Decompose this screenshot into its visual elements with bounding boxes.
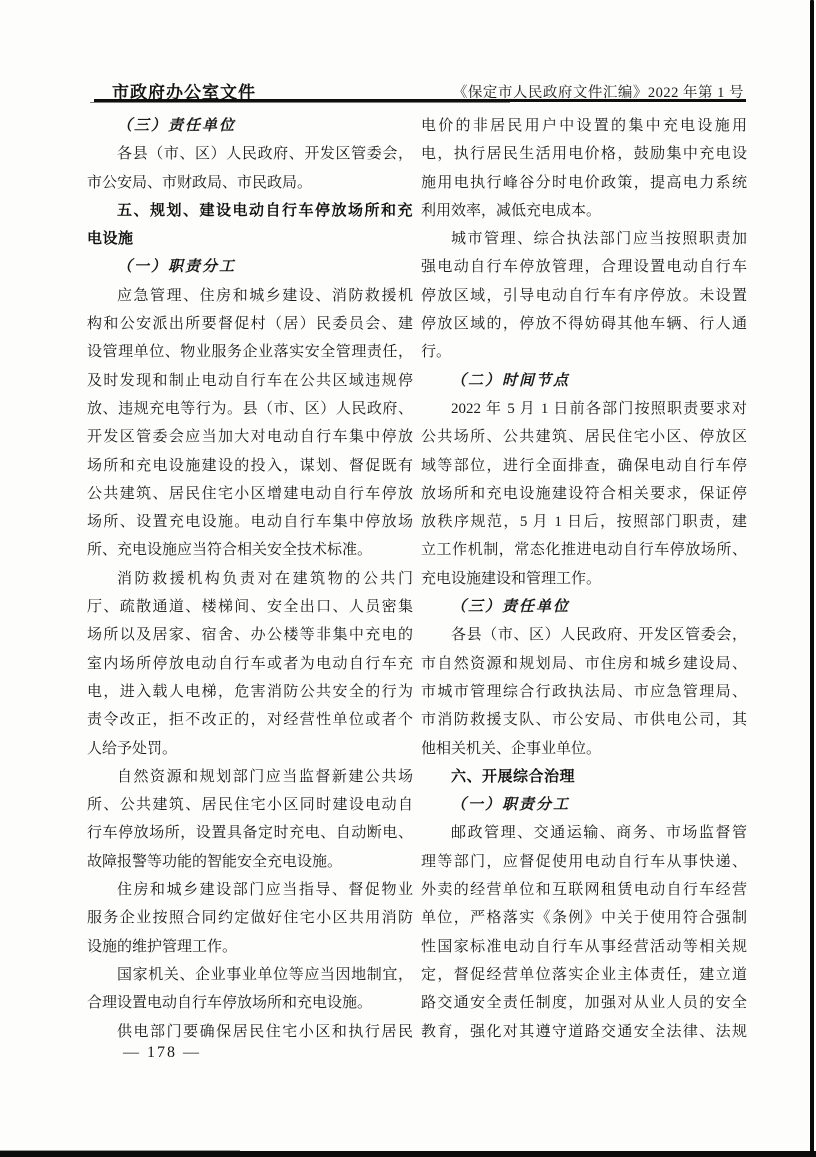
text-line: 开发区管委会应当加大对电动自行车集中停放	[87, 423, 413, 451]
text-line: 停放区域的，停放不得妨碍其他车辆、行人通	[421, 310, 747, 338]
text-line: 电，执行居民生活用电价格，鼓励集中充电设	[421, 140, 747, 168]
text-line: 行。	[421, 338, 747, 366]
text-line: 单位，严格落实《条例》中关于使用符合强制	[421, 904, 747, 932]
text-line: 国家机关、企业事业单位等应当因地制宜，	[87, 961, 413, 989]
left-column: （三）责任单位各县（市、区）人民政府、开发区管委会，市公安局、市财政局、市民政局…	[87, 112, 413, 1046]
scan-edge-bottom	[0, 1151, 816, 1157]
text-line: 市消防救援支队、市公安局、市供电公司，其	[421, 706, 747, 734]
text-line: 厅、疏散通道、楼梯间、安全出口、人员密集	[87, 593, 413, 621]
document-body: （三）责任单位各县（市、区）人民政府、开发区管委会，市公安局、市财政局、市民政局…	[87, 112, 747, 1046]
text-line: 施用电执行峰谷分时电价政策，提高电力系统	[421, 169, 747, 197]
text-line: 路交通安全责任制度，加强对从业人员的安全	[421, 989, 747, 1017]
text-line: 各县（市、区）人民政府、开发区管委会，	[421, 621, 747, 649]
text-line: 公共建筑、居民住宅小区增建电动自行车停放	[87, 480, 413, 508]
text-line: 场所以及居家、宿舍、办公楼等非集中充电的	[87, 621, 413, 649]
text-line: 供电部门要确保居民住宅小区和执行居民	[87, 1018, 413, 1046]
text-line: 五、规划、建设电动自行车停放场所和充	[87, 197, 413, 225]
text-line: 责令改正，拒不改正的，对经营性单位或者个	[87, 706, 413, 734]
text-line: 室内场所停放电动自行车或者为电动自行车充	[87, 650, 413, 678]
text-line: （一）职责分工	[87, 253, 413, 281]
text-line: 利用效率，减低充电成本。	[421, 197, 747, 225]
text-line: 邮政管理、交通运输、商务、市场监督管	[421, 819, 747, 847]
text-line: 理等部门，应督促使用电动自行车从事快递、	[421, 848, 747, 876]
text-line: 应急管理、住房和城乡建设、消防救援机	[87, 282, 413, 310]
text-line: 设施的维护管理工作。	[87, 933, 413, 961]
text-line: 停放区域，引导电动自行车有序停放。未设置	[421, 282, 747, 310]
right-column: 电价的非居民用户中设置的集中充电设施用电，执行居民生活用电价格，鼓励集中充电设施…	[421, 112, 747, 1046]
text-line: （一）职责分工	[421, 791, 747, 819]
text-line: 电，进入载人电梯，危害消防公共安全的行为	[87, 678, 413, 706]
document-page: 市政府办公室文件 《保定市人民政府文件汇编》2022 年第 1 号 （三）责任单…	[0, 0, 816, 1157]
text-line: 六、开展综合治理	[421, 763, 747, 791]
text-line: 服务企业按照合同约定做好住宅小区共用消防	[87, 904, 413, 932]
header-rule	[94, 99, 746, 102]
text-line: 放场所和充电设施建设符合相关要求，保证停	[421, 480, 747, 508]
text-line: 定，督促经营单位落实企业主体责任，建立道	[421, 961, 747, 989]
text-line: 放秩序规范，5 月 1 日后，按照部门职责，建	[421, 508, 747, 536]
text-line: 教育，强化对其遵守道路交通安全法律、法规	[421, 1018, 747, 1046]
text-line: （二）时间节点	[421, 367, 747, 395]
text-line: 市城市管理综合行政执法局、市应急管理局、	[421, 678, 747, 706]
text-line: （三）责任单位	[87, 112, 413, 140]
text-line: 公共场所、公共建筑、居民住宅小区、停放区	[421, 423, 747, 451]
text-line: 所、充电设施应当符合相关安全技术标准。	[87, 536, 413, 564]
text-line: 2022 年 5 月 1 日前各部门按照职责要求对	[421, 395, 747, 423]
text-line: 电价的非居民用户中设置的集中充电设施用	[421, 112, 747, 140]
text-line: 故障报警等功能的智能安全充电设施。	[87, 848, 413, 876]
text-line: 各县（市、区）人民政府、开发区管委会，	[87, 140, 413, 168]
text-line: 行车停放场所，设置具备定时充电、自动断电、	[87, 819, 413, 847]
text-line: 消防救援机构负责对在建筑物的公共门	[87, 565, 413, 593]
text-line: 电设施	[87, 225, 413, 253]
text-line: 设管理单位、物业服务企业落实安全管理责任，	[87, 338, 413, 366]
text-line: 充电设施建设和管理工作。	[421, 565, 747, 593]
text-line: 场所、设置充电设施。电动自行车集中停放场	[87, 508, 413, 536]
text-line: 立工作机制，常态化推进电动自行车停放场所、	[421, 536, 747, 564]
text-line: 性国家标准电动自行车从事经营活动等相关规	[421, 933, 747, 961]
text-line: 他相关机关、企事业单位。	[421, 735, 747, 763]
text-line: 构和公安派出所要督促村（居）民委员会、建	[87, 310, 413, 338]
text-line: 所、公共建筑、居民住宅小区同时建设电动自	[87, 791, 413, 819]
text-line: （三）责任单位	[421, 593, 747, 621]
text-line: 住房和城乡建设部门应当指导、督促物业	[87, 876, 413, 904]
text-line: 人给予处罚。	[87, 735, 413, 763]
text-line: 场所和充电设施建设的投入，谋划、督促既有	[87, 452, 413, 480]
text-line: 放、违规充电等行为。县（市、区）人民政府、	[87, 395, 413, 423]
scan-edge-right	[810, 0, 814, 1157]
text-line: 自然资源和规划部门应当监督新建公共场	[87, 763, 413, 791]
text-line: 及时发现和制止电动自行车在公共区域违规停	[87, 367, 413, 395]
text-line: 城市管理、综合执法部门应当按照职责加	[421, 225, 747, 253]
text-line: 外卖的经营单位和互联网租赁电动自行车经营	[421, 876, 747, 904]
text-line: 域等部位，进行全面排查，确保电动自行车停	[421, 452, 747, 480]
text-line: 市公安局、市财政局、市民政局。	[87, 169, 413, 197]
text-line: 合理设置电动自行车停放场所和充电设施。	[87, 989, 413, 1017]
page-number: — 178 —	[123, 1044, 201, 1062]
text-line: 强电动自行车停放管理，合理设置电动自行车	[421, 253, 747, 281]
text-line: 市自然资源和规划局、市住房和城乡建设局、	[421, 650, 747, 678]
